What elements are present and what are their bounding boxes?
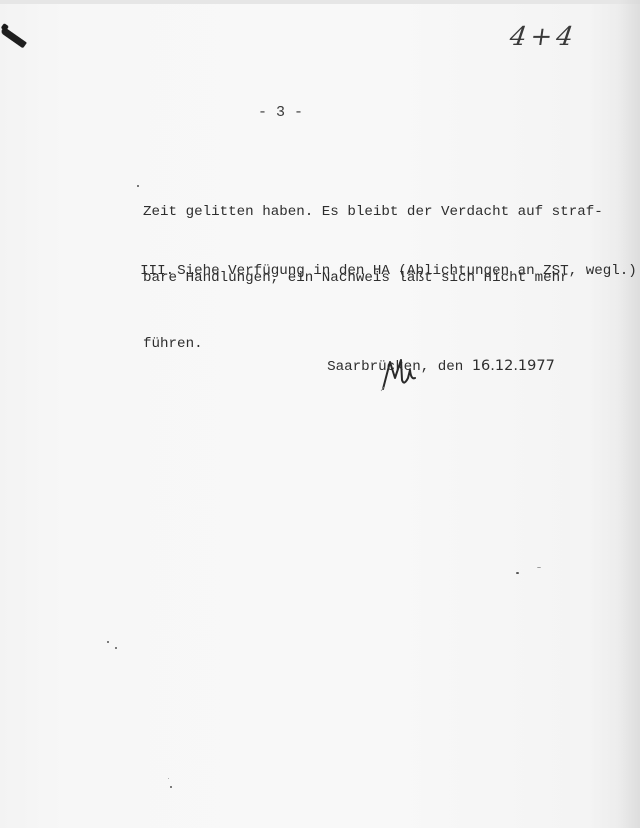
handwritten-folio-number: 4+4 [508, 22, 579, 52]
scan-right-edge-shadow [618, 0, 640, 828]
page-number: - 3 - [258, 104, 303, 121]
ink-speck [115, 647, 117, 649]
scanned-page: 4+4 - 3 - Zeit gelitten haben. Es bleibt… [0, 0, 640, 828]
ink-speck [168, 778, 169, 779]
section-iii: III.Siehe Verfügung in den HA (Ablichtun… [106, 238, 637, 304]
ink-speck [107, 641, 109, 643]
ink-speck [170, 786, 172, 788]
section-numeral: III. [140, 260, 177, 282]
ink-speck [516, 572, 519, 574]
section-text: Siehe Verfügung in den HA (Ablichtungen … [177, 263, 637, 279]
place-and-date: Saarbrücken, den 16.12.1977 [293, 333, 555, 400]
ink-speck [137, 185, 139, 187]
paragraph-line: Zeit gelitten haben. Es bleibt der Verda… [143, 201, 603, 223]
staple-mark [0, 27, 27, 49]
scan-top-edge [0, 0, 640, 4]
handwritten-signature [380, 356, 420, 392]
ink-speck [537, 567, 541, 568]
date: 16.12.1977 [472, 358, 555, 374]
